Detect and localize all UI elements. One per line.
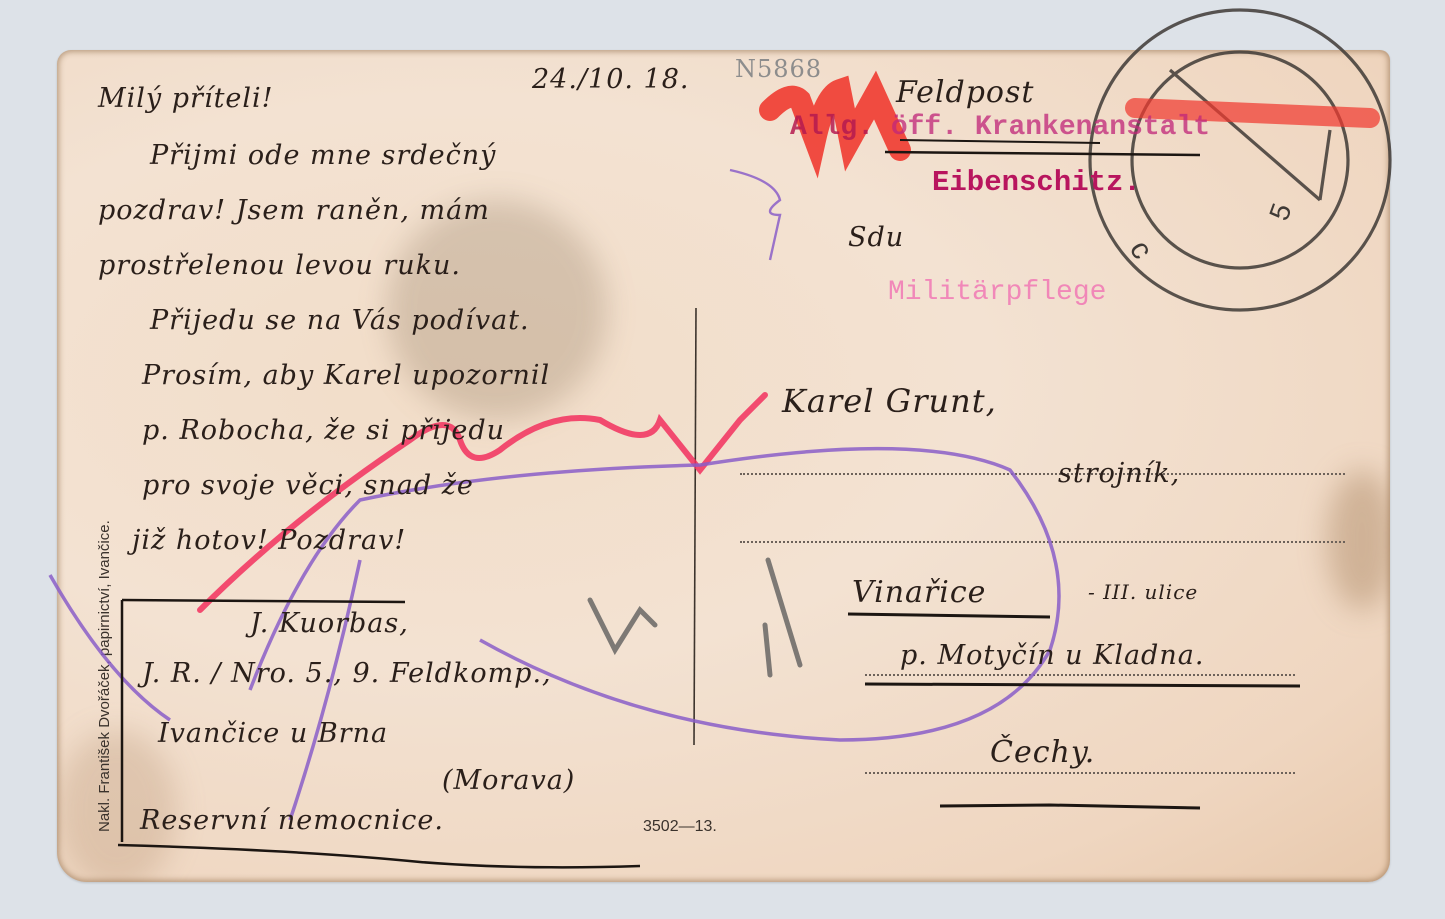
recipient-town-suffix: - III. ulice — [1088, 580, 1198, 604]
sender-line: (Morava) — [442, 765, 575, 796]
message-line: již hotov! Pozdrav! — [132, 525, 406, 556]
recipient-name: Karel Grunt, — [782, 382, 997, 420]
sender-line: Reservní nemocnice. — [140, 805, 444, 836]
message-line: prostřelenou levou ruku. — [98, 250, 461, 281]
card-number: 3502—13. — [643, 818, 717, 836]
address-line — [740, 473, 1345, 475]
message-line: pozdrav! Jsem raněn, mám — [98, 195, 490, 226]
age-stain — [1327, 470, 1390, 610]
recipient-country: Čechy. — [990, 735, 1095, 770]
message-line: pro svoje věci, snad že — [142, 470, 474, 501]
sender-line: J. Kuorbas, — [250, 608, 409, 639]
feldpost-annotation: Feldpost — [896, 75, 1034, 110]
message-line: p. Robocha, že si přijedu — [142, 415, 505, 446]
address-line — [865, 772, 1295, 774]
address-line — [865, 674, 1295, 676]
recipient-town: Vinařice — [852, 575, 986, 610]
pencil-catalog-mark: N5868 — [735, 55, 822, 83]
message-line: Prosím, aby Karel upozornil — [142, 360, 550, 391]
recipient-occupation: strojník, — [1058, 458, 1180, 489]
military-care-stamp: Militärpflege — [888, 277, 1106, 308]
publisher-imprint: Nakl. František Dvořáček, papirnictví, I… — [96, 520, 113, 832]
message-line: Milý příteli! — [98, 83, 274, 114]
sender-line: Ivančice u Brna — [158, 718, 388, 749]
postcard — [57, 50, 1390, 882]
message-date: 24./10. 18. — [532, 64, 690, 95]
recipient-salutation: Sdu — [848, 222, 904, 253]
message-line: Přijmi ode mne srdečný — [150, 140, 496, 171]
recipient-district: p. Motyčín u Kladna. — [900, 640, 1204, 671]
address-line — [740, 541, 1345, 543]
hospital-stamp-line2: Eibenschitz. — [932, 166, 1141, 199]
sender-line: J. R. / Nro. 5., 9. Feldkomp., — [142, 658, 552, 689]
hospital-stamp-rest: öff. Krankenanstalt — [891, 112, 1210, 143]
message-line: Přijedu se na Vás podívat. — [150, 305, 530, 336]
hospital-stamp-prefix: Allg. — [790, 112, 874, 143]
hospital-stamp-line1: Allg. öff. Krankenanstalt — [790, 112, 1210, 143]
